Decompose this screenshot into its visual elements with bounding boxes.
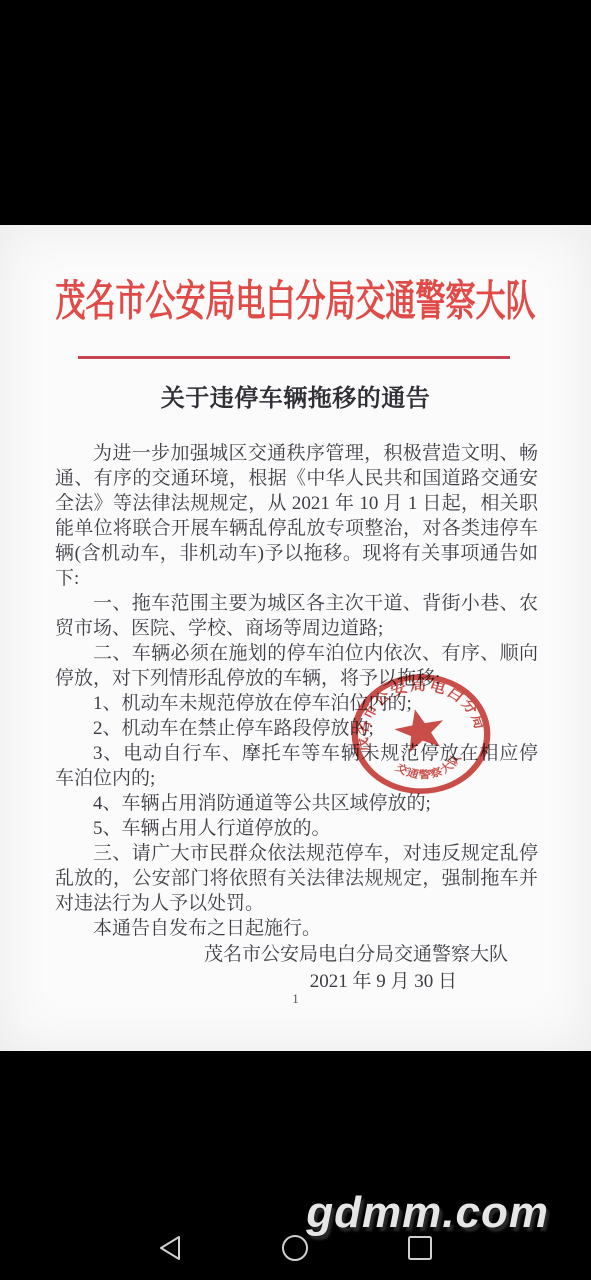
notice-date: 2021 年 9 月 30 日 bbox=[310, 966, 457, 993]
paragraph-item-5: 5、车辆占用人行道停放的。 bbox=[55, 816, 538, 841]
notice-document: 茂名市公安局电白分局交通警察大队 关于违停车辆拖移的通告 为进一步加强城区交通秩… bbox=[0, 225, 591, 1051]
home-button[interactable] bbox=[280, 1233, 310, 1263]
back-button[interactable] bbox=[155, 1233, 185, 1263]
recents-square-icon bbox=[406, 1234, 434, 1262]
notice-title: 关于违停车辆拖移的通告 bbox=[0, 378, 591, 413]
paragraph-section-3: 三、请广大市民群众依法规范停车，对违反规定乱停乱放的，公安部门将依照有关法律法规… bbox=[55, 841, 538, 916]
recents-button[interactable] bbox=[405, 1233, 435, 1263]
paragraph-effective: 本通告自发布之日起施行。 bbox=[55, 916, 538, 941]
red-divider-line bbox=[78, 356, 510, 359]
back-triangle-icon bbox=[157, 1234, 183, 1262]
red-star-icon bbox=[390, 705, 449, 754]
home-circle-icon bbox=[281, 1234, 309, 1262]
paragraph-intro: 为进一步加强城区交通秩序管理，积极营造文明、畅通、有序的交通环境，根据《中华人民… bbox=[55, 441, 538, 591]
paragraph-section-1: 一、拖车范围主要为城区各主次干道、背街小巷、农贸市场、医院、学校、商场等周边道路… bbox=[55, 591, 538, 641]
document-agency-header: 茂名市公安局电白分局交通警察大队 bbox=[0, 266, 591, 328]
phone-screen: 茂名市公安局电白分局交通警察大队 关于违停车辆拖移的通告 为进一步加强城区交通秩… bbox=[0, 0, 591, 1280]
signature-agency: 茂名市公安局电白分局交通警察大队 bbox=[204, 939, 508, 966]
official-seal-stamp: 茂名市公安局电白分局 交通警察大队 bbox=[348, 671, 494, 797]
page-number: 1 bbox=[0, 991, 591, 1007]
watermark-text: gdmm.com bbox=[306, 1188, 549, 1238]
